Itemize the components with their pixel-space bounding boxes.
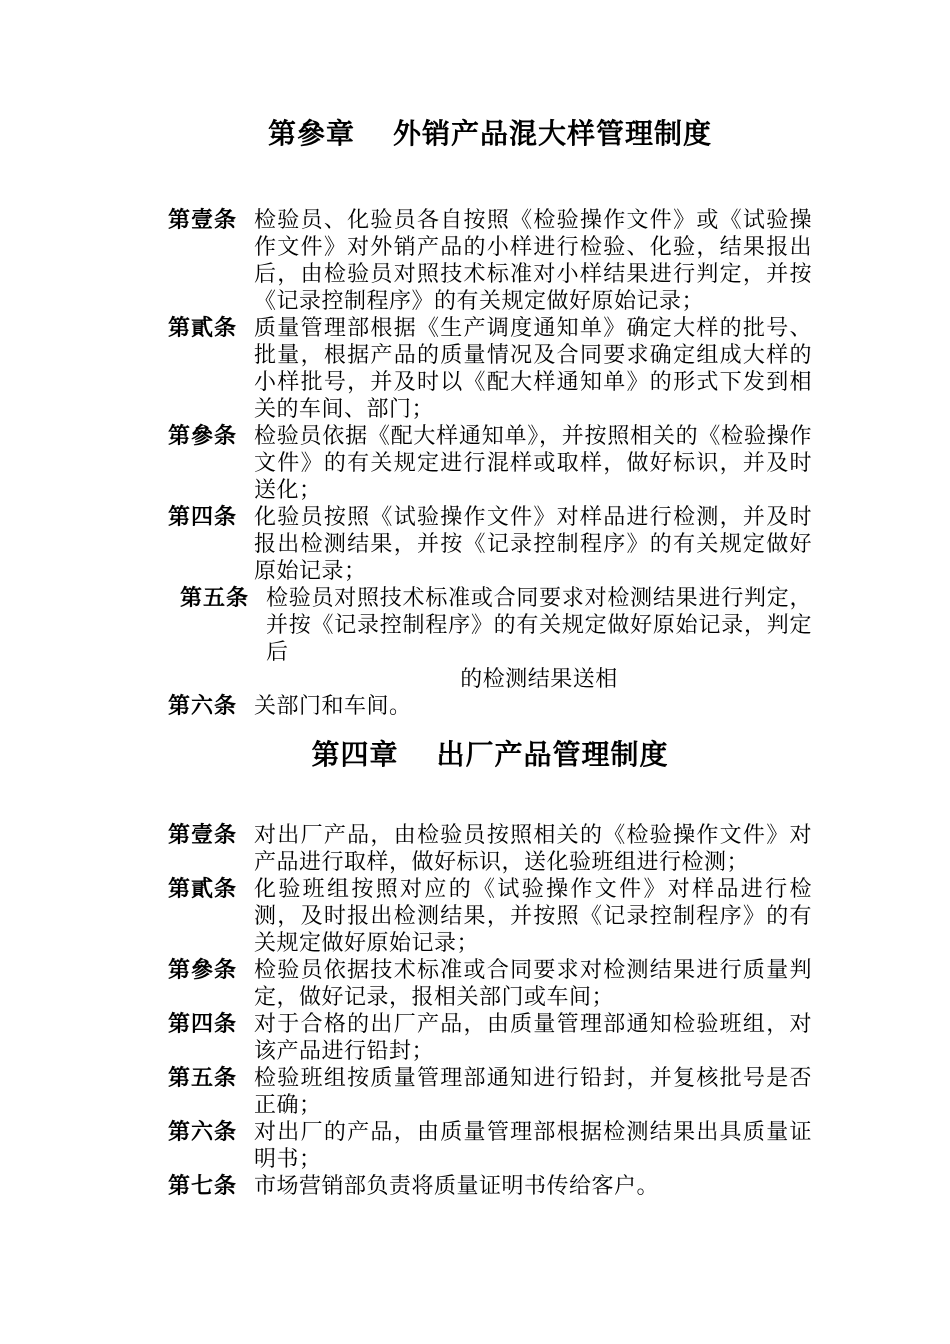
article-text-main: 检验员对照技术标准或合同要求对检测结果进行判定，并按《记录控制程序》的有关规定做…: [266, 585, 812, 664]
article-row: 第壹条 检验员、化验员各自按照《检验操作文件》或《试验操作文件》对外销产品的小样…: [168, 206, 812, 314]
article-row: 第六条 关部门和车间。: [168, 692, 812, 719]
article-text: 检验员、化验员各自按照《检验操作文件》或《试验操作文件》对外销产品的小样进行检验…: [254, 206, 812, 314]
article-label: 第貳条: [168, 314, 254, 341]
chapter-3-title: 外销产品混大样管理制度: [393, 118, 712, 149]
article-label: 第六条: [168, 1118, 254, 1145]
article-label: 第壹条: [168, 206, 254, 233]
article-row: 第四条 化验员按照《试验操作文件》对样品进行检测，并及时报出检测结果，并按《记录…: [168, 503, 812, 584]
article-text-centered-line: 的检测结果送相: [266, 665, 812, 692]
article-label: 第四条: [168, 503, 254, 530]
article-text: 化验员按照《试验操作文件》对样品进行检测，并及时报出检测结果，并按《记录控制程序…: [254, 503, 812, 584]
article-row: 第貳条 化验班组按照对应的《试验操作文件》对样品进行检测，及时报出检测结果，并按…: [168, 875, 812, 956]
document-page: 第參章外销产品混大样管理制度 第壹条 检验员、化验员各自按照《检验操作文件》或《…: [0, 0, 950, 1344]
article-label: 第五条: [168, 584, 266, 611]
article-row: 第四条 对于合格的出厂产品，由质量管理部通知检验班组，对该产品进行铅封；: [168, 1010, 812, 1064]
article-text: 质量管理部根据《生产调度通知单》确定大样的批号、批量，根据产品的质量情况及合同要…: [254, 314, 812, 422]
article-text: 关部门和车间。: [254, 692, 812, 719]
chapter-4-number: 第四章: [311, 739, 398, 770]
article-row: 第五条 检验员对照技术标准或合同要求对检测结果进行判定，并按《记录控制程序》的有…: [168, 584, 812, 692]
article-text: 对于合格的出厂产品，由质量管理部通知检验班组，对该产品进行铅封；: [254, 1010, 812, 1064]
article-label: 第貳条: [168, 875, 254, 902]
article-row: 第貳条 质量管理部根据《生产调度通知单》确定大样的批号、批量，根据产品的质量情况…: [168, 314, 812, 422]
article-label: 第參条: [168, 956, 254, 983]
article-text: 检验员对照技术标准或合同要求对检测结果进行判定，并按《记录控制程序》的有关规定做…: [266, 584, 812, 692]
chapter-3-articles: 第壹条 检验员、化验员各自按照《检验操作文件》或《试验操作文件》对外销产品的小样…: [168, 206, 812, 719]
article-label: 第七条: [168, 1172, 254, 1199]
article-row: 第參条 检验员依据技术标准或合同要求对检测结果进行质量判定，做好记录，报相关部门…: [168, 956, 812, 1010]
article-text: 检验员依据技术标准或合同要求对检测结果进行质量判定，做好记录，报相关部门或车间；: [254, 956, 812, 1010]
chapter-3-heading: 第參章外销产品混大样管理制度: [168, 118, 812, 150]
article-label: 第參条: [168, 422, 254, 449]
article-text: 市场营销部负责将质量证明书传给客户。: [254, 1172, 812, 1199]
article-text: 检验员依据《配大样通知单》，并按照相关的《检验操作文件》的有关规定进行混样或取样…: [254, 422, 812, 503]
article-label: 第六条: [168, 692, 254, 719]
article-row: 第參条 检验员依据《配大样通知单》，并按照相关的《检验操作文件》的有关规定进行混…: [168, 422, 812, 503]
article-text: 对出厂的产品，由质量管理部根据检测结果出具质量证明书；: [254, 1118, 812, 1172]
chapter-3-number: 第參章: [268, 118, 355, 149]
article-text: 检验班组按质量管理部通知进行铅封，并复核批号是否正确；: [254, 1064, 812, 1118]
article-label: 第四条: [168, 1010, 254, 1037]
article-row: 第五条 检验班组按质量管理部通知进行铅封，并复核批号是否正确；: [168, 1064, 812, 1118]
article-row: 第壹条 对出厂产品，由检验员按照相关的《检验操作文件》对产品进行取样，做好标识，…: [168, 821, 812, 875]
chapter-4-title: 出厂产品管理制度: [437, 739, 669, 770]
article-row: 第六条 对出厂的产品，由质量管理部根据检测结果出具质量证明书；: [168, 1118, 812, 1172]
chapter-4-articles: 第壹条 对出厂产品，由检验员按照相关的《检验操作文件》对产品进行取样，做好标识，…: [168, 821, 812, 1199]
article-label: 第五条: [168, 1064, 254, 1091]
article-row: 第七条 市场营销部负责将质量证明书传给客户。: [168, 1172, 812, 1199]
article-label: 第壹条: [168, 821, 254, 848]
article-text: 对出厂产品，由检验员按照相关的《检验操作文件》对产品进行取样，做好标识，送化验班…: [254, 821, 812, 875]
article-text: 化验班组按照对应的《试验操作文件》对样品进行检测，及时报出检测结果，并按照《记录…: [254, 875, 812, 956]
chapter-4-heading: 第四章出厂产品管理制度: [168, 739, 812, 771]
